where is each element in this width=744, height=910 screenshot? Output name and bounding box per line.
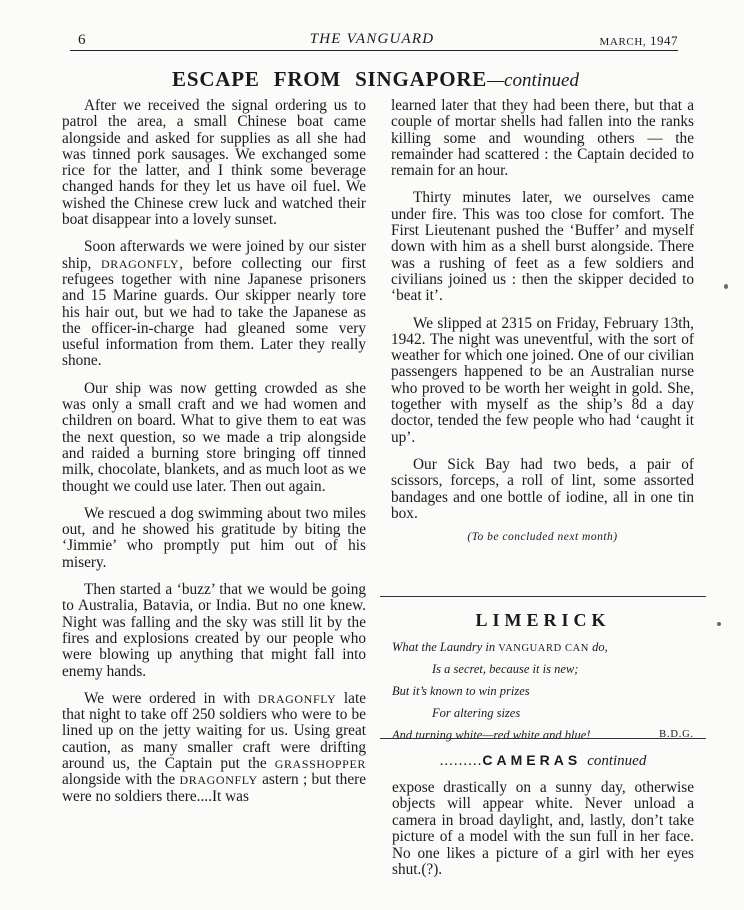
paragraph-text: , before collecting our first refugees t… [62,255,366,370]
scan-speck [717,622,721,626]
ship-name: DRAGONFLY [101,257,179,271]
section-divider [380,596,706,597]
article-column-right: learned later that they had been there, … [391,98,694,545]
article-title: ESCAPEFROMSINGAPORE—continued [0,67,744,92]
cameras-heading: .........CAMERAScontinued [380,752,706,770]
limerick-line: And turning white—red white and blue!B.D… [392,725,697,747]
paragraph-text: Thirty minutes later, we ourselves came … [391,189,694,304]
verse-text: Is a secret, because it is new; [432,662,578,676]
header-rule [70,50,678,51]
limerick-line: Is a secret, because it is new; [392,659,697,681]
paragraph-text: Our Sick Bay had two beds, a pair of sci… [391,456,694,522]
paragraph-text: We slipped at 2315 on Friday, February 1… [391,315,694,446]
article-paragraph: We rescued a dog swimming about two mile… [62,506,366,571]
limerick-line: For altering sizes [392,703,697,725]
ship-name: GRASSHOPPER [275,757,366,771]
paragraph-text: alongside with the [62,771,180,788]
cameras-paragraph: expose drastically on a sunny day, other… [392,780,694,878]
paragraph-text: We were ordered in with [84,690,258,707]
article-paragraph: Thirty minutes later, we ourselves came … [391,190,694,304]
verse-text: For altering sizes [432,706,520,720]
paragraph-text: After we received the signal ordering us… [62,97,366,228]
leader-dots: ......... [440,753,483,769]
scan-speck [724,284,728,289]
limerick-title: LIMERICK [380,610,706,631]
issue-date: MARCH, 1947 [600,33,678,49]
article-paragraph: Our ship was now getting crowded as she … [62,381,366,495]
title-word: ESCAPE [172,67,260,91]
paragraph-text: learned later that they had been there, … [391,97,694,179]
article-paragraph: After we received the signal ordering us… [62,98,366,228]
title-word: SINGAPORE [355,67,487,91]
cameras-body: expose drastically on a sunny day, other… [392,780,694,878]
limerick-line: But it’s known to win prizes [392,681,697,703]
cameras-title: CAMERAS [482,752,581,768]
cameras-continued: continued [587,753,646,769]
article-column-left: After we received the signal ordering us… [62,98,366,816]
paragraph-text: We rescued a dog swimming about two mile… [62,505,366,571]
ship-name: DRAGONFLY [258,692,336,706]
limerick-line: What the Laundry in VANGUARD CAN do, [392,637,697,659]
issue-year: 1947 [650,33,678,48]
article-paragraph: We were ordered in with DRAGONFLY late t… [62,691,366,805]
verse-text: do, [589,640,608,654]
paragraph-text: Then started a ‘buzz’ that we would be g… [62,581,366,679]
continuation-note: (To be concluded next month) [391,529,694,545]
article-paragraph: Soon afterwards we were joined by our si… [62,239,366,369]
article-paragraph: learned later that they had been there, … [391,98,694,179]
section-divider [380,738,706,739]
paragraph-text: Our ship was now getting crowded as she … [62,380,366,495]
ship-name: VANGUARD CAN [498,643,589,654]
title-word: FROM [274,67,341,91]
verse-text: What the Laundry in [392,640,498,654]
issue-month: MARCH, [600,36,647,48]
article-paragraph: Then started a ‘buzz’ that we would be g… [62,582,366,680]
verse-text: But it’s known to win prizes [392,684,530,698]
limerick-author: B.D.G. [659,725,694,745]
title-continued: —continued [487,70,579,91]
article-paragraph: We slipped at 2315 on Friday, February 1… [391,316,694,446]
article-paragraph: Our Sick Bay had two beds, a pair of sci… [391,457,694,522]
limerick-verse: What the Laundry in VANGUARD CAN do,Is a… [392,637,697,747]
verse-text: And turning white—red white and blue! [392,728,590,742]
ship-name: DRAGONFLY [180,773,258,787]
